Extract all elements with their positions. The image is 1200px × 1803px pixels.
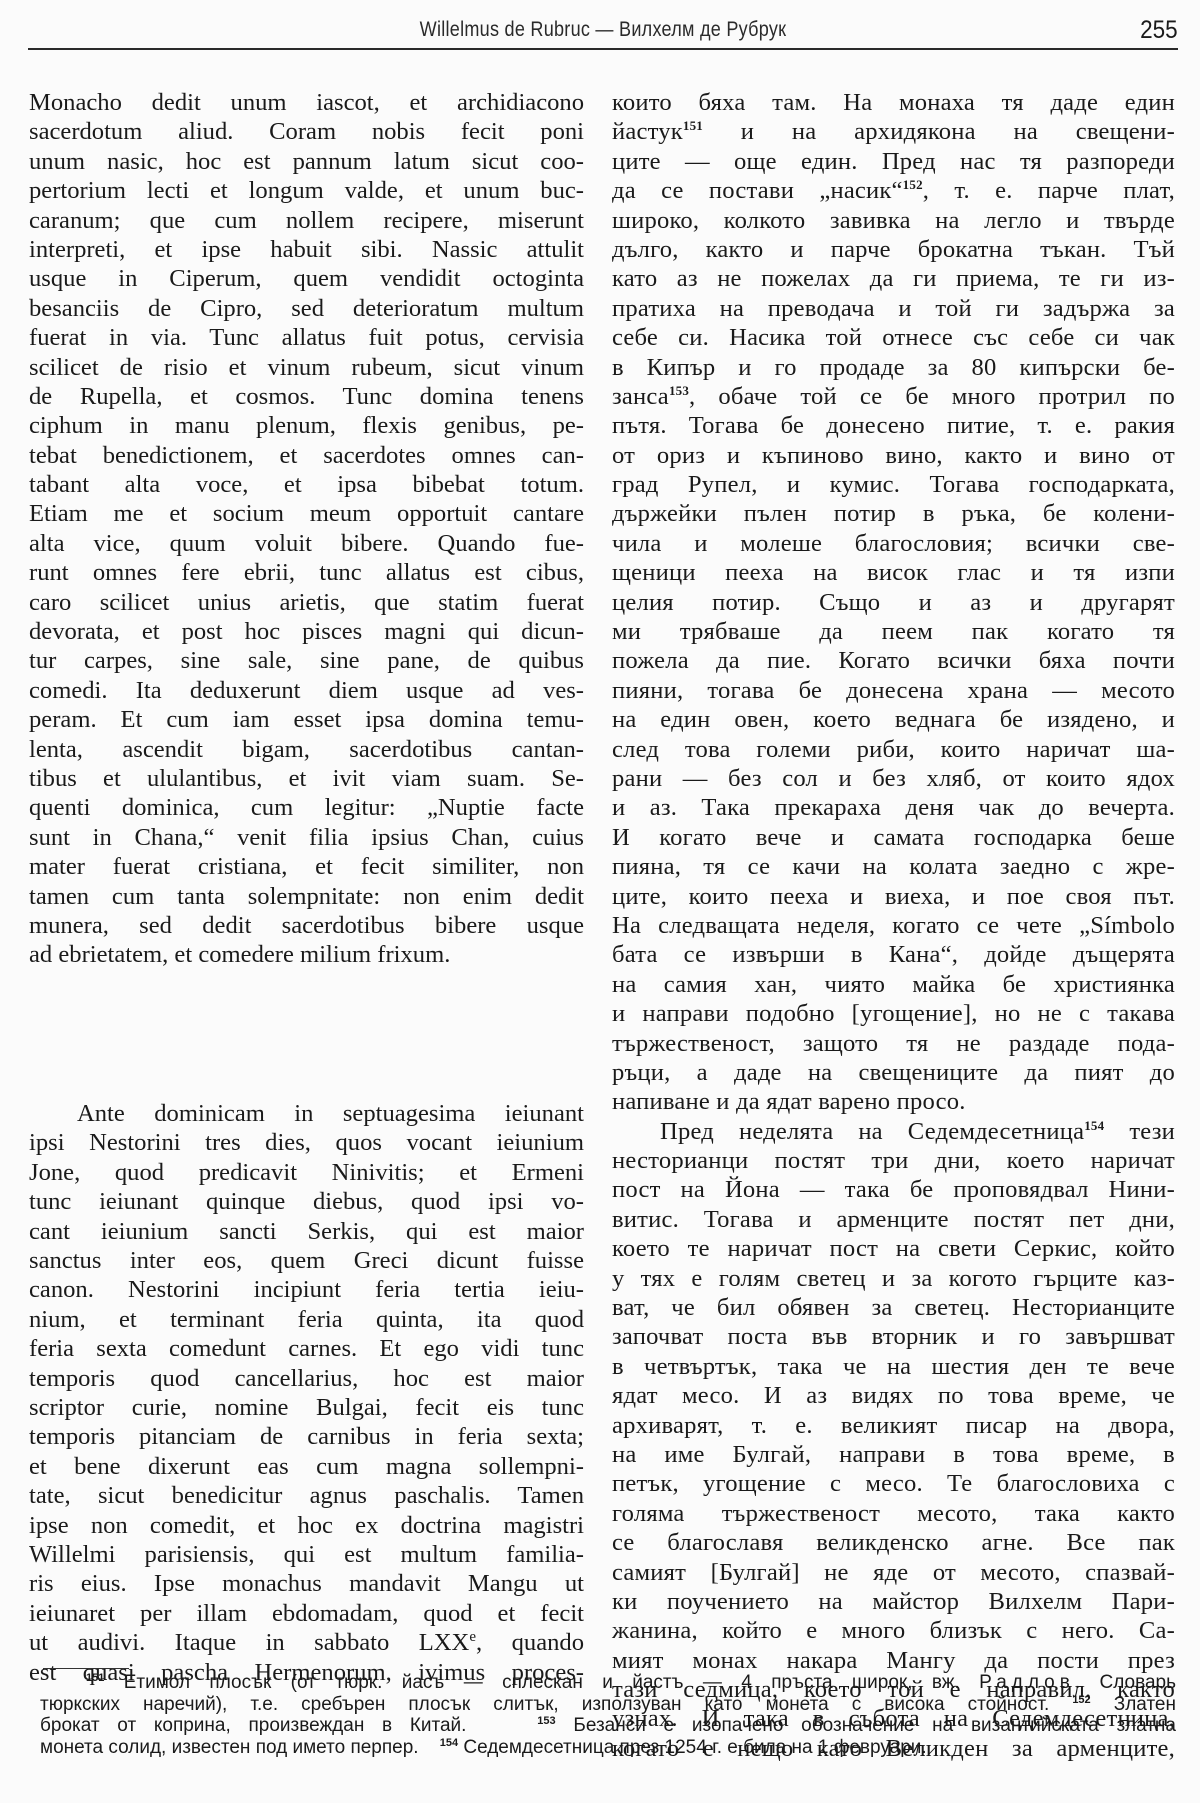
text-line: tabant alta voce, et ipsa bibebat totum. xyxy=(29,470,584,499)
text-line: alta vice, quum voluit bibere. Quando fu… xyxy=(29,529,584,558)
text-line: пожела да пие. Когато всички бяха почти xyxy=(612,646,1175,675)
text-line: от ориз и къпиново вино, както и вино от xyxy=(612,441,1175,470)
text-line: ки поучението на майстор Вилхелм Пари- xyxy=(612,1587,1175,1616)
text-line: devorata, et post hoc pisces magni qui d… xyxy=(29,617,584,646)
text-line: usque in Ciperum, quem vendidit octogint… xyxy=(29,264,584,293)
text-line: ядат месо. И аз видях по това време, че xyxy=(612,1381,1175,1410)
text-line: ipse non comedit, et hoc ex doctrina mag… xyxy=(29,1511,584,1540)
footnote-number: 151 xyxy=(86,1672,104,1684)
text-line: несторианци постят три дни, което нарича… xyxy=(612,1146,1175,1175)
text-line: пияна, тя се качи на колата заедно с жре… xyxy=(612,852,1175,881)
text-line: canon. Nestorini incipiunt feria tertia … xyxy=(29,1275,584,1304)
text-line: пост на Йона — така бе проповядвал Нини- xyxy=(612,1175,1175,1204)
text-line: ми трябваше да пеем пак когато тя xyxy=(612,617,1175,646)
text-line: caranum; que cum nollem recipere, miseru… xyxy=(29,206,584,235)
footnote-line: брокат от коприна, произвеждан в Китай. … xyxy=(40,1715,1176,1737)
text-line: ris eius. Ipse monachus mandavit Mangu u… xyxy=(29,1569,584,1598)
text-line: tur carpes, sine sale, sine pane, de qui… xyxy=(29,646,584,675)
text-line: И когато вече и самата господарка беше xyxy=(612,823,1175,852)
text-line: ръци, а даде на свещениците да пият до xyxy=(612,1058,1175,1087)
text-line: себе си. Насика той отнесе със себе си ч… xyxy=(612,323,1175,352)
text-line: голяма тържественост месото, така както xyxy=(612,1499,1175,1528)
text-line: et bene dixerunt eas cum magna sollempni… xyxy=(29,1452,584,1481)
text-line: държейки пълен потир в ръка, бе колени- xyxy=(612,499,1175,528)
footnotes: 151 Етимол плосък (от тюрк. йасъ — сплес… xyxy=(40,1672,1176,1758)
text-line: Пред неделята на Седемдесетница154 тези xyxy=(612,1117,1175,1146)
text-line: след това големи риби, които наричат ша- xyxy=(612,735,1175,764)
text-line: comedi. Ita deduxerunt diem usque ad ves… xyxy=(29,676,584,705)
text-line: Willelmi parisiensis, qui est multum fam… xyxy=(29,1540,584,1569)
author-name: Радлов xyxy=(979,1672,1075,1693)
text-line: напиване и да ядат варено просо. xyxy=(612,1087,1175,1116)
text-line: петък, угощение с месо. Те благословиха … xyxy=(612,1469,1175,1498)
text-line: пътя. Тогава бе донесено питие, т. е. ра… xyxy=(612,411,1175,440)
text-line: да се постави „насик“152, т. е. парче пл… xyxy=(612,176,1175,205)
running-header: Willelmus de Rubruc — Вилхелм де Рубрук … xyxy=(28,14,1178,48)
text-line: Ante dominicam in septuagesima ieiunant xyxy=(29,1099,584,1128)
text-line: на един овен, което веднага бе изядено, … xyxy=(612,705,1175,734)
text-line: град Рупел, и кумис. Тогава господарката… xyxy=(612,470,1175,499)
text-line: витис. Тогава и арменците постят пет дни… xyxy=(612,1205,1175,1234)
text-line: ut audivi. Itaque in sabbato LXXe, quand… xyxy=(29,1628,584,1657)
text-line: архиварят, т. е. великият писар на двора… xyxy=(612,1411,1175,1440)
text-line: scilicet de risio et vinum rubeum, sicut… xyxy=(29,353,584,382)
footnote-line: тюркских наречий), т.е. сребърен плосък … xyxy=(40,1694,1176,1716)
text-line: mater fuerat cristiana, et fecit similit… xyxy=(29,852,584,881)
footnote-line: монета солид, известен под името перпер.… xyxy=(40,1737,1176,1759)
text-line: feria sexta comedunt carnes. Et ego vidi… xyxy=(29,1334,584,1363)
text-line: на име Булгай, направи в това време, в xyxy=(612,1440,1175,1469)
text-line: Monacho dedit unum iascot, et archidiaco… xyxy=(29,88,584,117)
text-line: scriptor curie, nomine Bulgai, fecit eis… xyxy=(29,1393,584,1422)
text-line: tunc ieiunant quinque diebus, quod ipsi … xyxy=(29,1187,584,1216)
text-line: в Кипър и го продаде за 80 кипърски бе- xyxy=(612,353,1175,382)
text-line: което те наричат пост на свети Серкис, к… xyxy=(612,1234,1175,1263)
text-line: занса153, обаче той се бе много протрил … xyxy=(612,382,1175,411)
text-line: interpreti, et ipse habuit sibi. Nassic … xyxy=(29,235,584,264)
text-line: temporis pitanciam de carnibus in feria … xyxy=(29,1422,584,1451)
text-line: peram. Et cum iam esset ipsa domina temu… xyxy=(29,705,584,734)
text-line: тържественост, защото тя не раздаде пода… xyxy=(612,1029,1175,1058)
bulgarian-text-column: които бяха там. На монаха тя даде единйа… xyxy=(612,88,1175,1763)
footnote-number: 152 xyxy=(1072,1694,1090,1706)
footnote-reference[interactable]: 154 xyxy=(1084,1118,1104,1133)
text-line: ците, които пееха и виеха, и пое своя пъ… xyxy=(612,882,1175,911)
text-line: дълго, както и парче брокатна тъкан. Тъй xyxy=(612,235,1175,264)
text-line: Jone, quod predicavit Ninivitis; et Erme… xyxy=(29,1158,584,1187)
text-line: cant ieiunium sancti Serkis, qui est mai… xyxy=(29,1217,584,1246)
text-line: у тях е голям светец и за когото гърците… xyxy=(612,1264,1175,1293)
text-line: пияни, тогава бе донесена храна — месото xyxy=(612,676,1175,705)
text-line: и аз. Така прекараха деня чак до вечерта… xyxy=(612,793,1175,822)
paragraph-gap xyxy=(29,970,584,1099)
text-line: ad ebrietatem, et comedere milium frixum… xyxy=(29,940,584,969)
text-line: sacerdotum aliud. Coram nobis fecit poni xyxy=(29,117,584,146)
text-line: като аз не пожелах да ги приема, те ги и… xyxy=(612,264,1175,293)
text-line: започват поста във вторник и го завършва… xyxy=(612,1322,1175,1351)
text-line: на самия хан, чиято майка бе християнка xyxy=(612,970,1175,999)
text-line: nium, et terminant feria quinta, ita quo… xyxy=(29,1305,584,1334)
text-line: tibus et ululantibus, et ivit viam suam.… xyxy=(29,764,584,793)
text-line: runt omnes fere ebrii, tunc allatus est … xyxy=(29,558,584,587)
text-line: caro scilicet unius arietis, que statim … xyxy=(29,588,584,617)
footnote-reference[interactable]: 153 xyxy=(669,383,689,398)
text-line: munera, sed dedit sacerdotibus bibere us… xyxy=(29,911,584,940)
text-line: които бяха там. На монаха тя даде един xyxy=(612,88,1175,117)
text-line: ciphum in manu plenum, flexis genibus, p… xyxy=(29,411,584,440)
text-line: чила и молеше благословия; всички све- xyxy=(612,529,1175,558)
text-line: рани — без сол и без хляб, от които ядох xyxy=(612,764,1175,793)
text-line: sunt in Chana,“ venit filia ipsius Chan,… xyxy=(29,823,584,852)
latin-text-column: Monacho dedit unum iascot, et archidiaco… xyxy=(29,88,584,1687)
text-line: в четвъртък, така че на шестия ден те ве… xyxy=(612,1352,1175,1381)
text-line: ците — още един. Пред нас тя разпореди xyxy=(612,147,1175,176)
text-line: самият [Булгай] не яде от месото, спазва… xyxy=(612,1558,1175,1587)
text-line: и направи подобно [угощение], но не с та… xyxy=(612,999,1175,1028)
text-line: пратиха на преводача и той ги задържа за xyxy=(612,294,1175,323)
text-line: besanciis de Cipro, sed deterioratum mul… xyxy=(29,294,584,323)
page-number: 255 xyxy=(1140,16,1178,45)
footnote-number: 154 xyxy=(440,1737,458,1749)
text-line: бата се извърши в Кана“, дойде дъщерята xyxy=(612,940,1175,969)
superscript: e xyxy=(469,1629,476,1645)
footnote-number: 153 xyxy=(537,1715,555,1727)
text-line: temporis quod cancellarius, hoc est maio… xyxy=(29,1364,584,1393)
text-line: de Rupella, et cosmos. Tunc domina tenen… xyxy=(29,382,584,411)
footnote-reference[interactable]: 151 xyxy=(683,118,703,133)
text-line: lenta, ascendit bigam, sacerdotibus cant… xyxy=(29,735,584,764)
text-line: tate, sicut benedicitur agnus paschalis.… xyxy=(29,1481,584,1510)
running-title: Willelmus de Rubruc — Вилхелм де Рубрук xyxy=(109,18,1098,42)
footnote-reference[interactable]: 152 xyxy=(903,177,923,192)
text-line: мият монах накара Мангу да пости през xyxy=(612,1646,1175,1675)
text-line: се благославя великденско агне. Все пак xyxy=(612,1528,1175,1557)
text-line: ieiunaret per illam ebdomadam, quod et f… xyxy=(29,1599,584,1628)
text-line: fuerat in via. Tunc allatus fuit potus, … xyxy=(29,323,584,352)
text-line: ват, че бил обявен за светец. Несторианц… xyxy=(612,1293,1175,1322)
text-line: йастук151 и на архидякона на свещени- xyxy=(612,117,1175,146)
footnote-rule xyxy=(43,1668,129,1669)
text-line: tamen cum tanta solempnitate: non enim d… xyxy=(29,882,584,911)
text-line: широко, колкото завивка на легло и твърд… xyxy=(612,206,1175,235)
text-line: quenti dominica, cum legitur: „Nuptie fa… xyxy=(29,793,584,822)
text-line: tebat benedictionem, et sacerdotes omnes… xyxy=(29,441,584,470)
text-line: целия потир. Също и аз и другарят xyxy=(612,588,1175,617)
text-line: sanctus inter eos, quem Greci dicunt fui… xyxy=(29,1246,584,1275)
header-rule xyxy=(28,48,1178,50)
text-line: Etiam me et socium meum opportuit cantar… xyxy=(29,499,584,528)
text-line: unum nasic, hoc est pannum latum sicut c… xyxy=(29,147,584,176)
text-line: щеници пееха на висок глас и тя изпи xyxy=(612,558,1175,587)
footnote-line: 151 Етимол плосък (от тюрк. йасъ — сплес… xyxy=(40,1672,1176,1694)
text-line: жанина, който е много близък с него. Са- xyxy=(612,1616,1175,1645)
text-line: ipsi Nestorini tres dies, quos vocant ie… xyxy=(29,1128,584,1157)
text-line: На следващата неделя, когато се чете „Sí… xyxy=(612,911,1175,940)
text-line: pertorium lecti et longum valde, et unum… xyxy=(29,176,584,205)
